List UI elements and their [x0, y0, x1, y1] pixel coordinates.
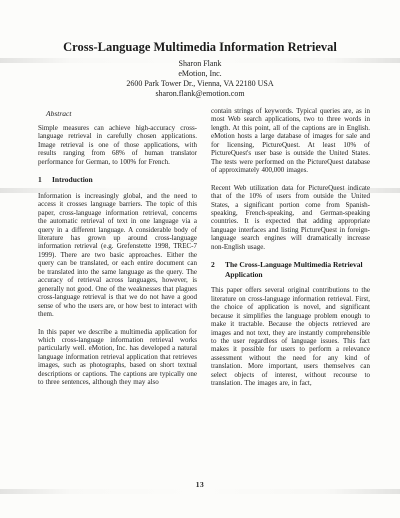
section-heading-introduction: 1 Introduction [38, 175, 197, 185]
right-column: contain strings of keywords. Typical que… [211, 107, 370, 397]
paper-title: Cross-Language Multimedia Information Re… [0, 40, 400, 55]
abstract-label: Abstract [46, 109, 197, 118]
section-heading-application: 2 The Cross-Language Multimedia Retrieva… [211, 260, 370, 279]
section-title: Introduction [52, 175, 197, 185]
paragraph: In this paper we describe a multimedia a… [38, 328, 197, 387]
abstract-text: Simple measures can achieve high-accurac… [38, 124, 197, 166]
paragraph: Information is increasingly global, and … [38, 192, 197, 319]
section-number: 2 [211, 260, 225, 279]
paragraph: Recent Web utilization data for PictureQ… [211, 184, 370, 252]
author-affiliation: eMotion, Inc. [0, 69, 400, 79]
page-number: 13 [0, 480, 400, 489]
paper-page: Cross-Language Multimedia Information Re… [0, 0, 400, 518]
author-name: Sharon Flank [0, 59, 400, 69]
two-column-body: Abstract Simple measures can achieve hig… [0, 99, 400, 397]
section-title: The Cross-Language Multimedia Retrieval … [225, 260, 370, 279]
paragraph: This paper offers several original contr… [211, 286, 370, 387]
section-number: 1 [38, 175, 52, 185]
scan-artifact [0, 489, 400, 494]
author-email: sharon.flank@emotion.com [0, 89, 400, 99]
left-column: Abstract Simple measures can achieve hig… [38, 107, 197, 397]
author-address: 2600 Park Tower Dr., Vienna, VA 22180 US… [0, 79, 400, 89]
paragraph: contain strings of keywords. Typical que… [211, 107, 370, 175]
paper-header: Cross-Language Multimedia Information Re… [0, 40, 400, 99]
